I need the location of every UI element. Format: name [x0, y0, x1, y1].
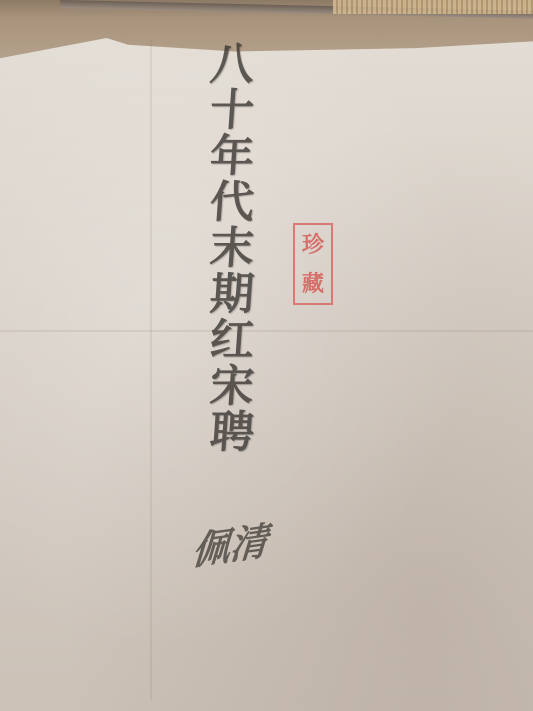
bamboo-mat: [333, 0, 533, 14]
calligraphy-char: 十: [208, 88, 255, 134]
signature: 佩清: [168, 505, 328, 585]
calligraphy-char: 红: [208, 318, 255, 364]
calligraphy-char: 八: [208, 42, 255, 88]
seal-char: 珍: [302, 233, 324, 257]
calligraphy-char: 聘: [208, 410, 255, 456]
calligraphy-char: 宋: [208, 364, 255, 410]
calligraphy-char: 年: [208, 134, 255, 180]
signature-text: 佩清: [190, 509, 269, 576]
seal-char: 藏: [302, 272, 324, 296]
vertical-calligraphy: 八 十 年 代 末 期 红 宋 聘: [196, 42, 268, 456]
calligraphy-char: 代: [208, 180, 255, 226]
calligraphy-char: 末: [208, 226, 255, 272]
red-seal-stamp: 珍 藏: [293, 223, 333, 305]
calligraphy-char: 期: [208, 272, 255, 318]
paper-fold: [150, 40, 152, 700]
